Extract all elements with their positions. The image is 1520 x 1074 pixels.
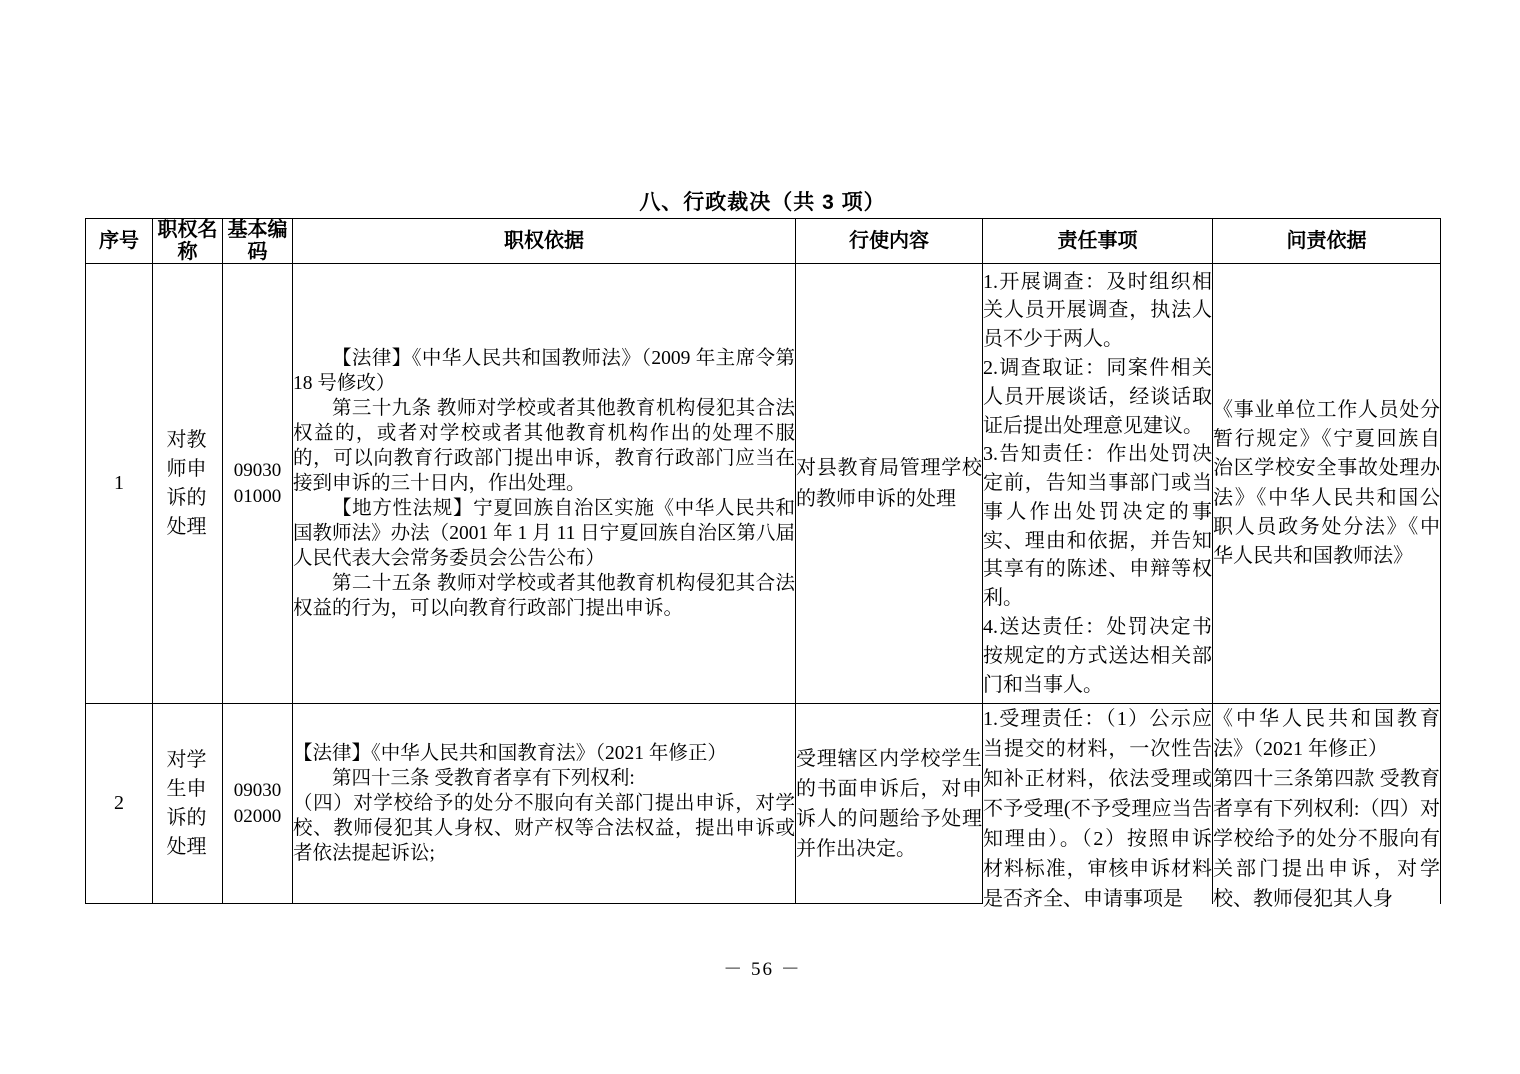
authority-name-text: 对教师申诉的处理 bbox=[167, 426, 209, 542]
table-header-row: 序号 职权名称 基本编码 职权依据 行使内容 责任事项 问责依据 bbox=[86, 219, 1441, 264]
basis-paragraph: 第三十九条 教师对学校或者其他教育机构侵犯其合法权益的，或者对学校或者其他教育机… bbox=[293, 396, 795, 496]
responsibility-items-cell: 1.开展调查：及时组织相关人员开展调查，执法人员不少于两人。 2.调查取证：同案… bbox=[983, 264, 1213, 704]
basis-paragraph: 第二十五条 教师对学校或者其他教育机构侵犯其合法权益的行为，可以向教育行政部门提… bbox=[293, 571, 795, 621]
authority-name-cell: 对教师申诉的处理 bbox=[153, 264, 223, 704]
duty-item: 4.送达责任：处罚决定书按规定的方式送达相关部门和当事人。 bbox=[983, 613, 1212, 699]
authority-basis-cell: 【法律】《中华人民共和国教师法》（2009 年主席令第 18 号修改） 第三十九… bbox=[293, 264, 796, 704]
table-row: 1 对教师申诉的处理 09030 01000 【法律】《中华人民共和国教师法》（… bbox=[86, 264, 1441, 704]
authority-name-cell: 对学生申诉的处理 bbox=[153, 704, 223, 904]
base-code-cell: 09030 02000 bbox=[223, 704, 293, 904]
accountability-text: 《中华人民共和国教育法》（2021 年修正） bbox=[1213, 704, 1440, 764]
responsibility-items-cell: 1.受理责任：（1）公示应当提交的材料，一次性告知补正材料，依法受理或不予受理(… bbox=[983, 704, 1213, 904]
duty-item: 3.告知责任：作出处罚决定前，告知当事部门或当事人作出处罚决定的事实、理由和依据… bbox=[983, 440, 1212, 613]
base-code-cell: 09030 01000 bbox=[223, 264, 293, 704]
accountability-basis-cell: 《中华人民共和国教育法》（2021 年修正） 第四十三条第四款 受教育者享有下列… bbox=[1213, 704, 1441, 904]
header-base-code: 基本编码 bbox=[223, 219, 293, 264]
authority-basis-cell: 【法律】《中华人民共和国教育法》（2021 年修正） 第四十三条 受教育者享有下… bbox=[293, 704, 796, 904]
basis-paragraph: 【法律】《中华人民共和国教育法》（2021 年修正） bbox=[293, 741, 795, 766]
duty-item: 2.调查取证：同案件相关人员开展谈话，经谈话取证后提出处理意见建议。 bbox=[983, 354, 1212, 440]
exercise-content-cell: 受理辖区内学校学生的书面申诉后，对申诉人的问题给予处理并作出决定。 bbox=[796, 704, 983, 904]
accountability-text: 第四十三条第四款 受教育者享有下列权利:（四）对学校给予的处分不服向有关部门提出… bbox=[1213, 764, 1440, 914]
accountability-clip: 《中华人民共和国教育法》（2021 年修正） 第四十三条第四款 受教育者享有下列… bbox=[1213, 704, 1440, 896]
basis-paragraph: 【地方性法规】宁夏回族自治区实施《中华人民共和国教师法》办法（2001 年 1 … bbox=[293, 496, 795, 571]
page-number: － 56 － bbox=[85, 954, 1440, 981]
duty-item: 1.开展调查：及时组织相关人员开展调查，执法人员不少于两人。 bbox=[983, 268, 1212, 354]
duty-clip: 1.受理责任：（1）公示应当提交的材料，一次性告知补正材料，依法受理或不予受理(… bbox=[983, 704, 1212, 896]
header-exercise-content: 行使内容 bbox=[796, 219, 983, 264]
basis-paragraph: （四）对学校给予的处分不服向有关部门提出申诉，对学校、教师侵犯其人身权、财产权等… bbox=[293, 791, 795, 866]
basis-paragraph: 第四十三条 受教育者享有下列权利: bbox=[293, 766, 795, 791]
table-row: 2 对学生申诉的处理 09030 02000 【法律】《中华人民共和国教育法》（… bbox=[86, 704, 1441, 904]
header-authority-name: 职权名称 bbox=[153, 219, 223, 264]
basis-paragraph: 【法律】《中华人民共和国教师法》（2009 年主席令第 18 号修改） bbox=[293, 346, 795, 396]
accountability-text: 《事业单位工作人员处分暂行规定》《宁夏回族自治区学校安全事故处理办法》《中华人民… bbox=[1213, 396, 1440, 572]
document-page: 八、行政裁决（共 3 项） 序号 职权名称 基本编码 职权依据 行使内容 责任事… bbox=[0, 0, 1520, 1074]
row-index-cell: 1 bbox=[86, 264, 153, 704]
duty-item: 1.受理责任：（1）公示应当提交的材料，一次性告知补正材料，依法受理或不予受理(… bbox=[983, 704, 1212, 914]
accountability-basis-cell: 《事业单位工作人员处分暂行规定》《宁夏回族自治区学校安全事故处理办法》《中华人民… bbox=[1213, 264, 1441, 704]
authority-name-text: 对学生申诉的处理 bbox=[167, 746, 209, 862]
header-authority-basis: 职权依据 bbox=[293, 219, 796, 264]
header-responsibility-items: 责任事项 bbox=[983, 219, 1213, 264]
exercise-content-cell: 对县教育局管理学校的教师申诉的处理 bbox=[796, 264, 983, 704]
row-index-cell: 2 bbox=[86, 704, 153, 904]
header-index: 序号 bbox=[86, 219, 153, 264]
header-accountability-basis: 问责依据 bbox=[1213, 219, 1441, 264]
section-title: 八、行政裁决（共 3 项） bbox=[85, 186, 1440, 216]
authority-table: 序号 职权名称 基本编码 职权依据 行使内容 责任事项 问责依据 1 对教师申诉… bbox=[85, 218, 1441, 904]
